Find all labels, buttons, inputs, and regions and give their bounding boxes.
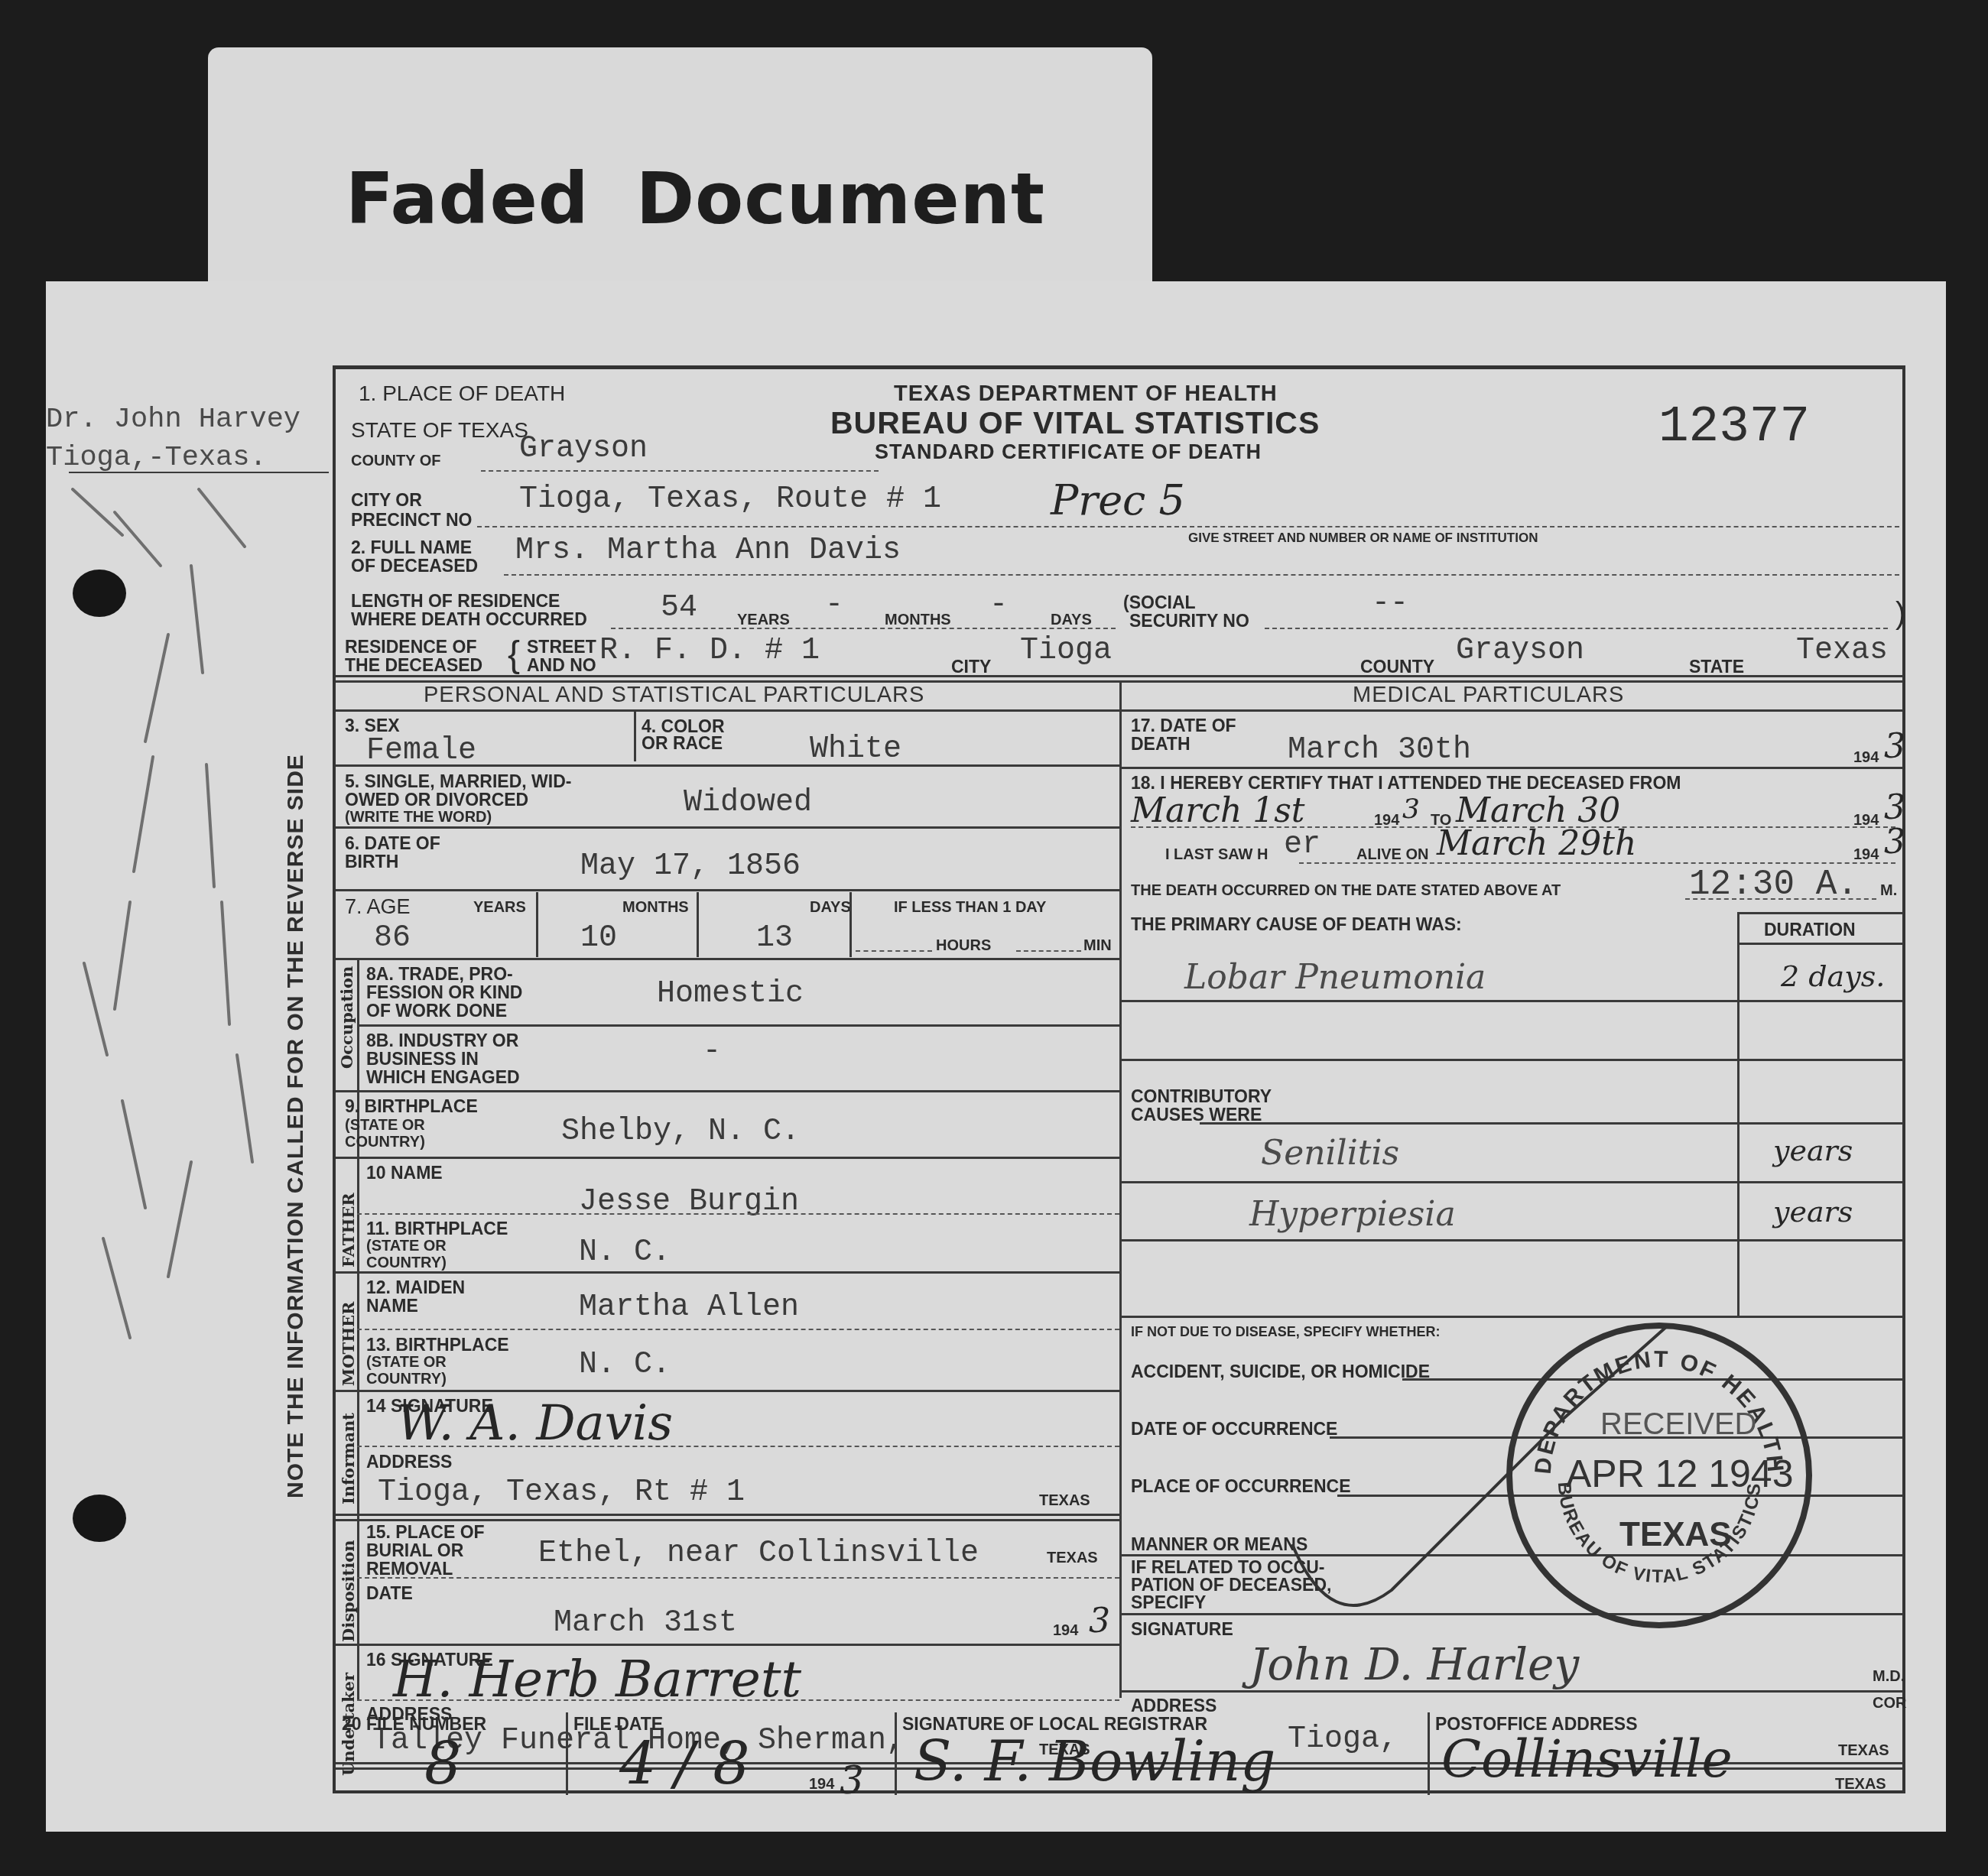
contributory-line-0 bbox=[1200, 1122, 1903, 1125]
city-label-2: PRECINCT NO bbox=[351, 511, 472, 529]
row-line-15b bbox=[336, 1644, 1119, 1646]
duration-divider bbox=[1737, 912, 1739, 1317]
row-line-6 bbox=[336, 889, 1119, 891]
years-label: YEARS bbox=[737, 612, 790, 628]
marital-label-2: OWED OR DIVORCED bbox=[345, 791, 528, 809]
race-value: White bbox=[810, 732, 901, 767]
birthplace-value: Shelby, N. C. bbox=[561, 1115, 800, 1149]
last-saw-label: I LAST SAW H bbox=[1165, 847, 1268, 862]
row-line-14b bbox=[336, 1514, 1119, 1521]
ssn-label-1: (SOCIAL bbox=[1123, 594, 1196, 612]
trade-label-3: OF WORK DONE bbox=[366, 1002, 507, 1020]
brace: { bbox=[508, 637, 520, 673]
primary-cause-line bbox=[1122, 1000, 1903, 1002]
section-header-line bbox=[336, 709, 1903, 712]
hours-line bbox=[856, 950, 932, 952]
mother-bp-label-3: COUNTRY) bbox=[366, 1371, 447, 1387]
primary-cause-label: THE PRIMARY CAUSE OF DEATH WAS: bbox=[1131, 916, 1462, 933]
punch-hole-bottom bbox=[73, 1495, 126, 1542]
footer-div-3 bbox=[1428, 1712, 1430, 1795]
ssn-line bbox=[1265, 628, 1888, 629]
pen-stroke bbox=[1239, 1315, 1774, 1697]
min-line bbox=[1016, 950, 1081, 952]
sex-label: 3. SEX bbox=[345, 717, 400, 735]
marital-label-1: 5. SINGLE, MARRIED, WID- bbox=[345, 773, 571, 790]
full-name-value: Mrs. Martha Ann Davis bbox=[515, 534, 901, 568]
row-line-10 bbox=[357, 1213, 1119, 1215]
certificate-subtitle: STANDARD CERTIFICATE OF DEATH bbox=[875, 442, 1262, 463]
footer-row: 20 FILE NUMBER 8 FILE DATE 4 / 8 194 3 S… bbox=[333, 1712, 1905, 1800]
postoffice-value: Collinsville bbox=[1441, 1729, 1733, 1790]
certify-label: 18. I HEREBY CERTIFY THAT I ATTENDED THE… bbox=[1131, 774, 1681, 792]
trade-value: Homestic bbox=[657, 977, 804, 1011]
father-bp-label-3: COUNTRY) bbox=[366, 1255, 447, 1271]
residence-length-label-2: WHERE DEATH OCCURRED bbox=[351, 611, 587, 628]
row-line-5 bbox=[336, 826, 1119, 829]
industry-value: - bbox=[703, 1034, 721, 1069]
age-days-value: 13 bbox=[756, 921, 793, 956]
residence-months: - bbox=[825, 588, 843, 622]
min-label: MIN bbox=[1083, 938, 1112, 953]
alive-on-label: ALIVE ON bbox=[1356, 847, 1428, 862]
attended-to-year-digit: 3 bbox=[1884, 788, 1905, 827]
death-time-m: M. bbox=[1880, 883, 1897, 898]
trade-label-1: 8A. TRADE, PRO- bbox=[366, 966, 513, 983]
death-time-line bbox=[1685, 898, 1876, 900]
bureau-title: BUREAU OF VITAL STATISTICS bbox=[830, 407, 1320, 439]
death-time-label: THE DEATH OCCURRED ON THE DATE STATED AB… bbox=[1131, 883, 1561, 898]
industry-label-3: WHICH ENGAGED bbox=[366, 1069, 520, 1086]
blank-cause-line bbox=[1122, 1059, 1903, 1061]
row-line-8a bbox=[357, 1024, 1119, 1027]
personal-section-title: PERSONAL AND STATISTICAL PARTICULARS bbox=[424, 683, 924, 708]
industry-label-1: 8B. INDUSTRY OR bbox=[366, 1032, 518, 1050]
father-bp-label-1: 11. BIRTHPLACE bbox=[366, 1220, 508, 1238]
row-line-12 bbox=[357, 1329, 1119, 1330]
mother-bp-label-1: 13. BIRTHPLACE bbox=[366, 1336, 509, 1354]
county-label: COUNTY OF bbox=[351, 453, 440, 469]
informant-texas: TEXAS bbox=[1039, 1493, 1090, 1508]
city-label-1: CITY OR bbox=[351, 492, 422, 509]
center-divider bbox=[1119, 681, 1122, 1698]
informant-address-value: Tioga, Texas, Rt # 1 bbox=[378, 1475, 745, 1510]
burial-date-value: March 31st bbox=[554, 1606, 737, 1641]
contributory-duration-1: years bbox=[1773, 1134, 1853, 1167]
burial-date-label: DATE bbox=[366, 1585, 413, 1602]
mother-name-value: Martha Allen bbox=[579, 1290, 799, 1325]
row-line-14 bbox=[357, 1446, 1119, 1447]
margin-note-underline bbox=[69, 472, 329, 473]
months-label: MONTHS bbox=[885, 612, 951, 628]
contributory-cause-1: Senilitis bbox=[1261, 1134, 1399, 1173]
father-bp-label-2: (STATE OR bbox=[366, 1238, 447, 1254]
city-line bbox=[477, 526, 1899, 527]
footer-div-1 bbox=[566, 1712, 568, 1795]
row-line-16 bbox=[357, 1699, 1119, 1701]
hours-label: HOURS bbox=[936, 938, 991, 953]
dod-year-prefix: 194 bbox=[1853, 750, 1879, 765]
race-label-2: OR RACE bbox=[642, 735, 723, 752]
mother-name-label-1: 12. MAIDEN bbox=[366, 1279, 465, 1297]
burial-year-prefix: 194 bbox=[1053, 1623, 1078, 1638]
days-label: DAYS bbox=[1051, 612, 1092, 628]
file-number-label: 20 FILE NUMBER bbox=[342, 1715, 486, 1733]
contributory-cause-2: Hyperpiesia bbox=[1249, 1195, 1456, 1234]
margin-note-line1: Dr. John Harvey bbox=[46, 404, 300, 436]
burial-label-2: BURIAL OR bbox=[366, 1542, 463, 1560]
street-label-2: AND NO bbox=[527, 657, 596, 674]
full-name-label-2: OF DECEASED bbox=[351, 557, 478, 575]
mother-side-label: MOTHER bbox=[339, 1302, 358, 1386]
margin-scribble bbox=[38, 474, 298, 1468]
age-div-2 bbox=[697, 892, 699, 957]
attended-to-year: 194 bbox=[1853, 813, 1879, 828]
age-div-3 bbox=[849, 892, 852, 957]
row-line-7 bbox=[336, 958, 1119, 960]
file-year-digit: 3 bbox=[840, 1758, 864, 1803]
burial-year-digit: 3 bbox=[1089, 1602, 1110, 1641]
residence-days: - bbox=[989, 588, 1008, 622]
county-line bbox=[481, 470, 879, 472]
res-county-value: Grayson bbox=[1456, 634, 1584, 668]
primary-duration-value: 2 days. bbox=[1781, 959, 1885, 993]
informant-addr-label: ADDRESS bbox=[366, 1453, 452, 1471]
file-date-value: 4 / 8 bbox=[619, 1729, 750, 1797]
residence-label-1: RESIDENCE OF bbox=[345, 638, 477, 656]
physician-sig-label: SIGNATURE bbox=[1131, 1621, 1233, 1638]
informant-signature: W. A. Davis bbox=[397, 1395, 673, 1452]
res-state-value: Texas bbox=[1796, 634, 1888, 668]
trade-label-2: FESSION OR KIND bbox=[366, 984, 522, 1001]
residence-years: 54 bbox=[661, 591, 697, 625]
primary-cause-value: Lobar Pneumonia bbox=[1184, 958, 1486, 997]
full-name-label-1: 2. FULL NAME bbox=[351, 539, 472, 557]
occupation-related-label-3: SPECIFY bbox=[1131, 1594, 1206, 1611]
tab-title: Faded Document bbox=[346, 158, 1045, 240]
informant-side-label: Informant bbox=[339, 1413, 358, 1504]
industry-label-2: BUSINESS IN bbox=[366, 1050, 479, 1068]
age-years-value: 86 bbox=[374, 921, 411, 956]
last-saw-year-digit: 3 bbox=[1884, 823, 1905, 862]
age-years-label: YEARS bbox=[473, 900, 526, 915]
ssn-value: -- bbox=[1372, 586, 1408, 621]
contributory-line-1 bbox=[1122, 1181, 1903, 1183]
age-months-value: 10 bbox=[580, 921, 617, 956]
postoffice-texas: TEXAS bbox=[1835, 1777, 1886, 1792]
less-than-day-label: IF LESS THAN 1 DAY bbox=[894, 900, 1046, 915]
row-line-11 bbox=[336, 1271, 1119, 1274]
margin-note-line2: Tioga,-Texas. bbox=[46, 442, 267, 474]
dob-value: May 17, 1856 bbox=[580, 849, 801, 884]
birthplace-label-2: (STATE OR bbox=[345, 1118, 425, 1133]
dod-label-1: 17. DATE OF bbox=[1131, 717, 1236, 735]
contributory-label-2: CAUSES WERE bbox=[1131, 1106, 1262, 1124]
occupation-side-label: Occupation bbox=[337, 966, 356, 1069]
disposition-side-label: Disposition bbox=[339, 1540, 358, 1642]
file-year-prefix: 194 bbox=[809, 1777, 834, 1792]
burial-texas: TEXAS bbox=[1047, 1550, 1098, 1566]
marital-value: Widowed bbox=[684, 786, 812, 820]
row-line-8b bbox=[336, 1090, 1119, 1092]
residence-line bbox=[611, 628, 1116, 629]
attended-from-value: March 1st bbox=[1131, 791, 1305, 830]
md-label: M.D. bbox=[1873, 1669, 1905, 1684]
row-line-15 bbox=[357, 1577, 1119, 1579]
row-line-9 bbox=[336, 1157, 1119, 1159]
precinct-handwritten: Prec 5 bbox=[1051, 476, 1185, 524]
duration-label: DURATION bbox=[1764, 921, 1856, 939]
duration-header-line bbox=[1737, 943, 1903, 945]
birthplace-label-3: COUNTRY) bbox=[345, 1134, 425, 1150]
attended-from-year: 194 bbox=[1374, 813, 1399, 828]
mother-birthplace-value: N. C. bbox=[579, 1348, 671, 1382]
age-label: 7. AGE bbox=[345, 897, 411, 917]
burial-label-1: 15. PLACE OF bbox=[366, 1524, 485, 1541]
res-state-label: STATE bbox=[1689, 658, 1744, 676]
state-of-texas-label: STATE OF TEXAS bbox=[351, 420, 528, 441]
dod-line bbox=[1122, 767, 1903, 769]
faded-document-tab: Faded Document bbox=[208, 47, 1152, 292]
dob-label-2: BIRTH bbox=[345, 853, 398, 871]
reverse-side-note: NOTE THE INFORMATION CALLED FOR ON THE R… bbox=[283, 754, 309, 1498]
res-city-label: CITY bbox=[951, 658, 991, 676]
sex-race-divider bbox=[634, 712, 636, 761]
burial-place-value: Ethel, near Collinsville bbox=[538, 1537, 979, 1571]
res-county-label: COUNTY bbox=[1360, 658, 1434, 676]
ssn-label-2: SECURITY NO bbox=[1129, 612, 1249, 630]
medical-section-title: MEDICAL PARTICULARS bbox=[1353, 683, 1624, 708]
duration-top bbox=[1737, 912, 1903, 914]
contributory-label-1: CONTRIBUTORY bbox=[1131, 1088, 1272, 1105]
street-label-1: STREET bbox=[527, 638, 596, 656]
father-side-label: FATHER bbox=[339, 1193, 358, 1267]
ssn-close-paren: ) bbox=[1895, 599, 1905, 629]
file-number-value: 8 bbox=[424, 1729, 461, 1797]
burial-label-3: REMOVAL bbox=[366, 1560, 453, 1578]
dept-of-health-title: TEXAS DEPARTMENT OF HEALTH bbox=[894, 383, 1278, 405]
place-of-death-label: 1. PLACE OF DEATH bbox=[359, 383, 565, 404]
dod-label-2: DEATH bbox=[1131, 735, 1191, 753]
last-saw-year: 194 bbox=[1853, 847, 1879, 862]
cor-label: COR bbox=[1873, 1696, 1906, 1711]
age-div-1 bbox=[536, 892, 538, 957]
name-line bbox=[504, 574, 1899, 576]
mother-name-label-2: NAME bbox=[366, 1297, 418, 1315]
footer-div-2 bbox=[895, 1712, 897, 1795]
father-name-label: 10 NAME bbox=[366, 1164, 443, 1182]
certificate-number: 12377 bbox=[1658, 398, 1810, 456]
last-saw-line bbox=[1299, 862, 1895, 864]
residence-length-label-1: LENGTH OF RESIDENCE bbox=[351, 592, 560, 610]
father-birthplace-value: N. C. bbox=[579, 1235, 671, 1270]
row-line-3 bbox=[336, 764, 1119, 767]
mother-bp-label-2: (STATE OR bbox=[366, 1355, 447, 1370]
dod-value: March 30th bbox=[1288, 733, 1471, 768]
last-saw-pronoun: er bbox=[1284, 828, 1320, 862]
contributory-duration-2: years bbox=[1773, 1195, 1853, 1228]
dob-label-1: 6. DATE OF bbox=[345, 835, 440, 852]
sex-value: Female bbox=[366, 734, 476, 768]
street-hint: GIVE STREET AND NUMBER OR NAME OF INSTIT… bbox=[1188, 531, 1538, 544]
age-days-label: DAYS bbox=[810, 900, 851, 915]
last-saw-date: March 29th bbox=[1437, 824, 1636, 863]
age-months-label: MONTHS bbox=[622, 900, 689, 915]
residence-label-2: THE DECEASED bbox=[345, 657, 482, 674]
res-city-value: Tioga bbox=[1020, 634, 1112, 668]
row-line-13 bbox=[336, 1390, 1119, 1392]
attended-from-year-digit: 3 bbox=[1402, 794, 1420, 825]
city-value: Tioga, Texas, Route # 1 bbox=[519, 482, 941, 517]
dod-year-digit: 3 bbox=[1884, 727, 1905, 766]
registrar-signature: S. F. Bowling bbox=[914, 1729, 1275, 1793]
birthplace-label-1: 9. BIRTHPLACE bbox=[345, 1098, 478, 1115]
street-value: R. F. D. # 1 bbox=[599, 634, 820, 668]
marital-label-3: (WRITE THE WORD) bbox=[345, 810, 492, 825]
contributory-line-2 bbox=[1122, 1239, 1903, 1241]
county-value: Grayson bbox=[519, 432, 648, 466]
